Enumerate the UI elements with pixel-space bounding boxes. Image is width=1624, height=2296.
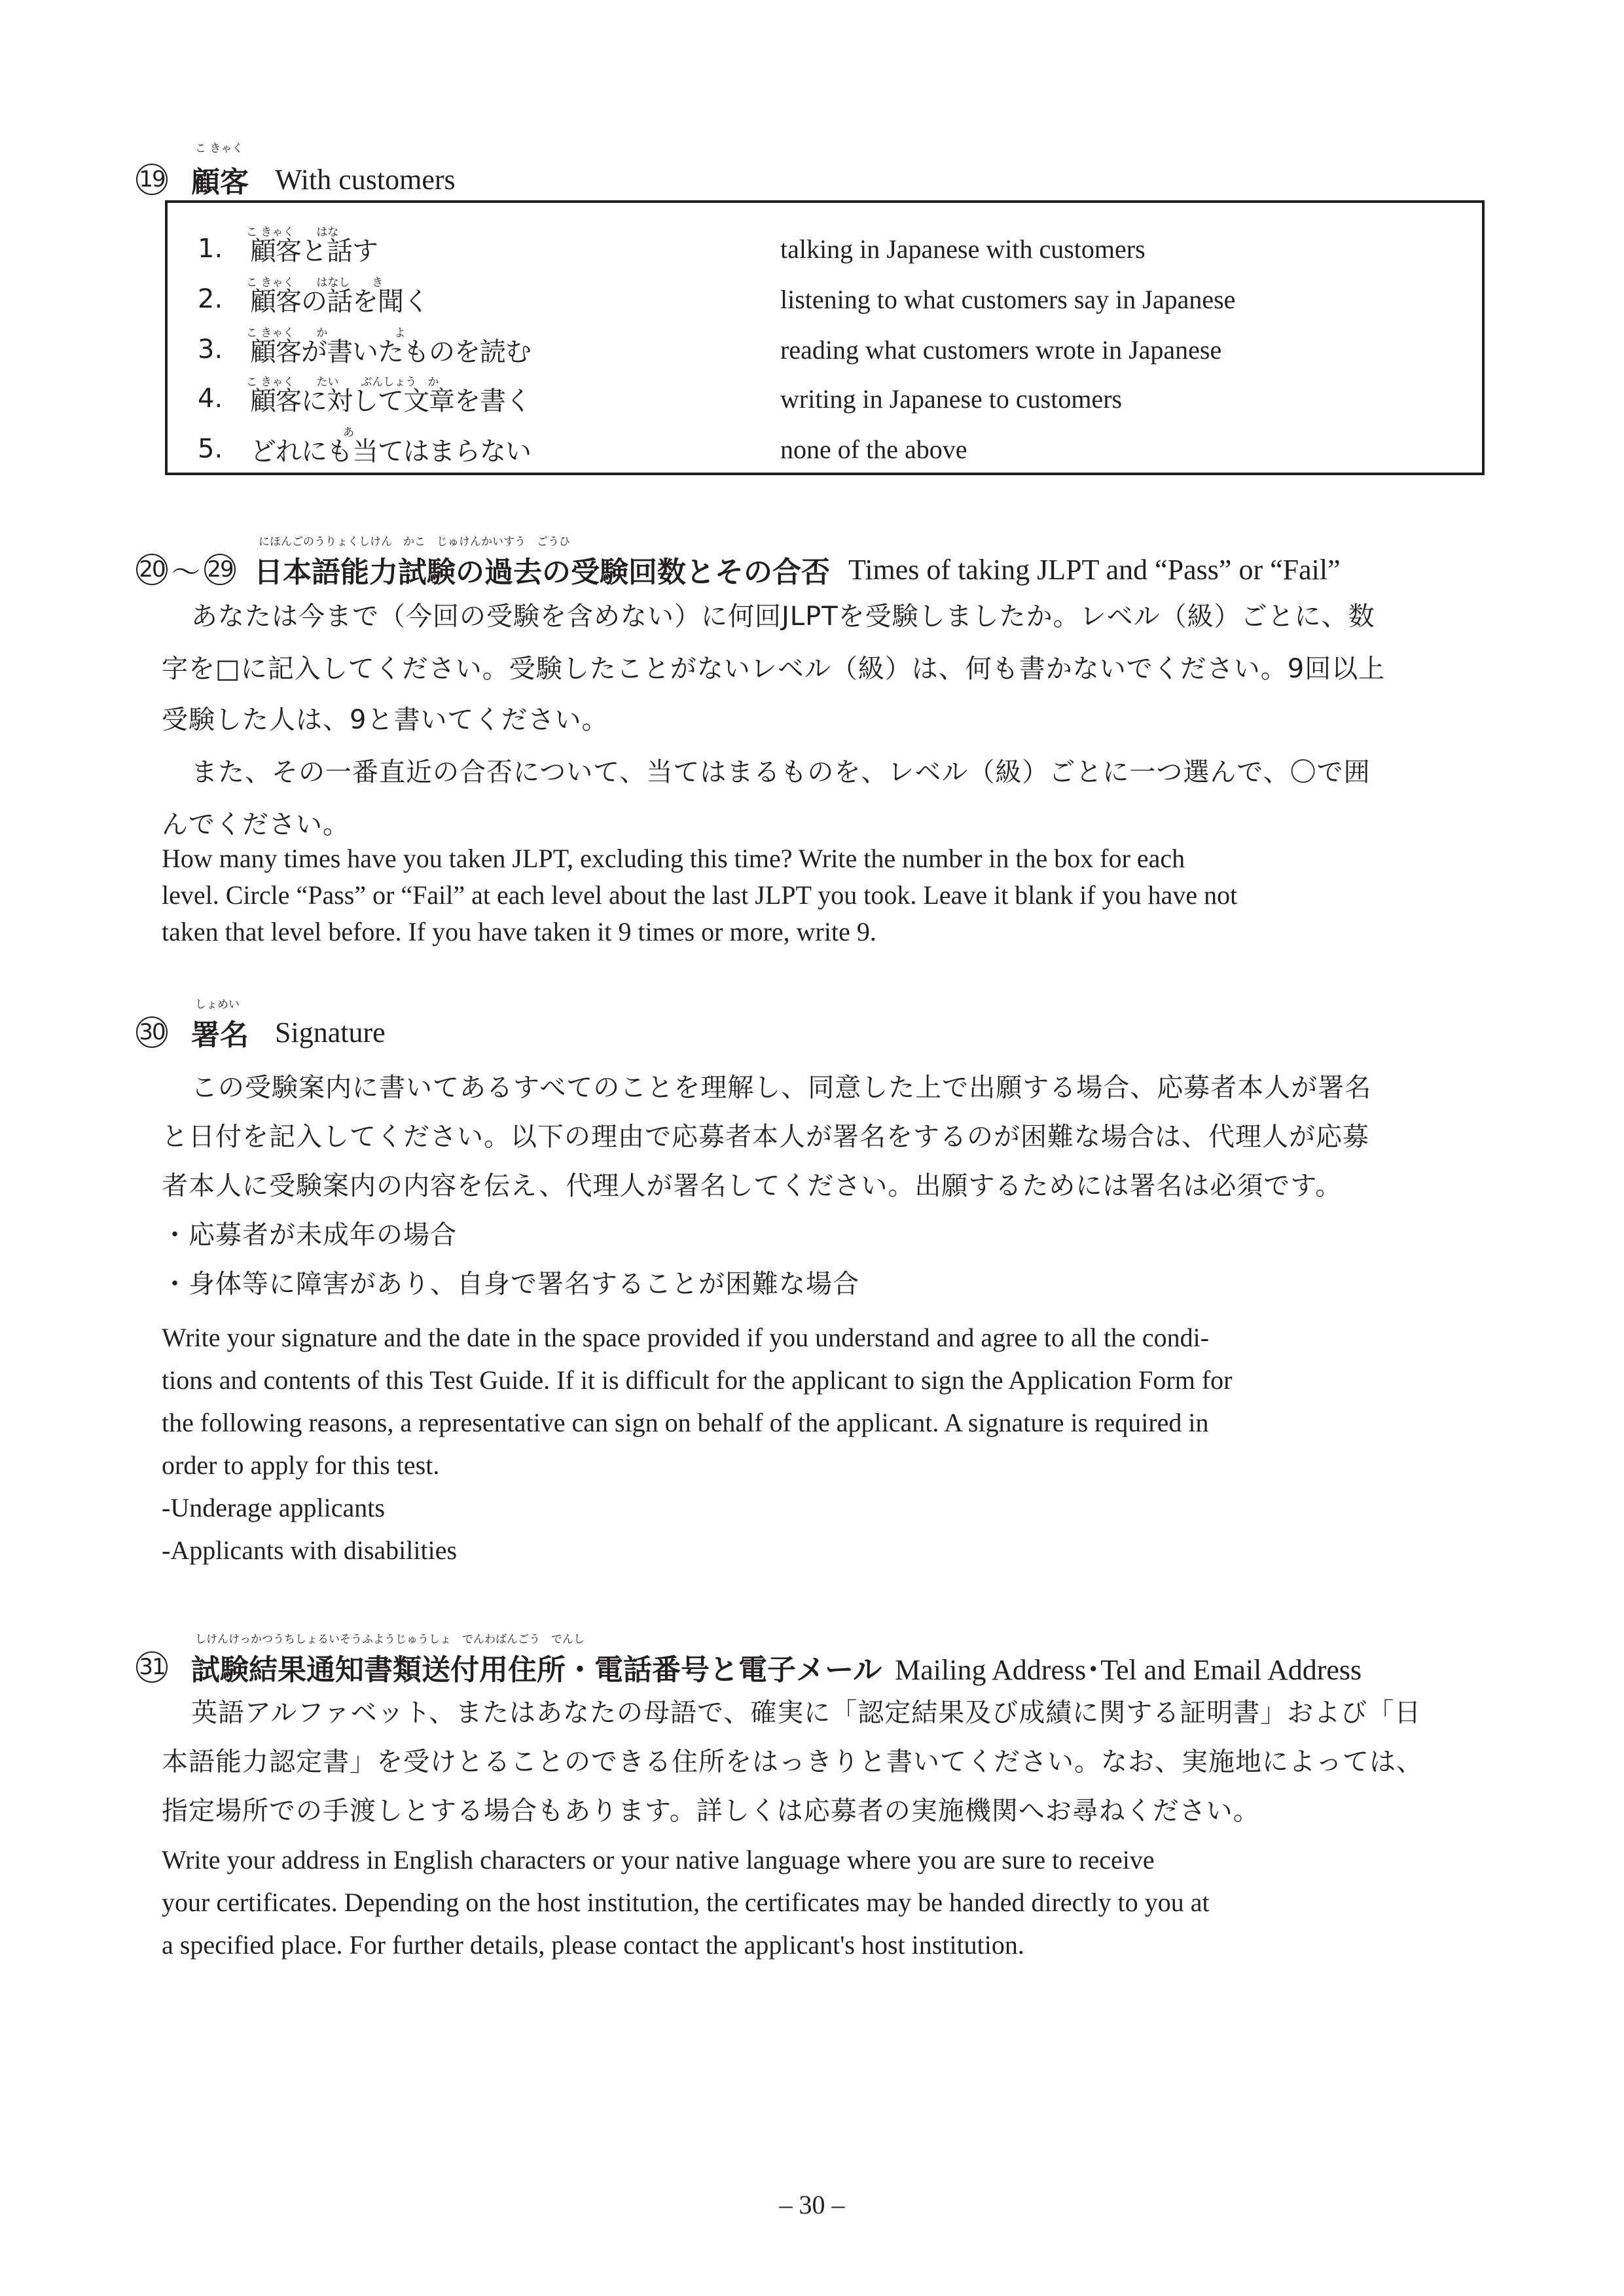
section-19-title-en: With customers <box>275 163 456 196</box>
section-31-title-en: Mailing Address･Tel and Email Address <box>895 1646 1362 1688</box>
signature-en-line-1: Write your signature and the date in the… <box>162 1322 1490 1353</box>
signature-en-line-3: the following reasons, a representative … <box>162 1407 1490 1438</box>
section-19-title-ruby: こ きゃく <box>195 139 243 155</box>
option-en: listening to what customers say in Japan… <box>780 284 1235 315</box>
section-30-title-en: Signature <box>275 1016 386 1049</box>
option-number: 4. <box>198 384 250 414</box>
option-en: reading what customers wrote in Japanese <box>780 334 1221 365</box>
jlpt-jp-line-2: 字を□に記入してください。受験したことがないレベル（級）は、何も書かないでくださ… <box>162 648 1490 685</box>
section-20-29-title-en: Times of taking JLPT and “Pass” or “Fail… <box>848 553 1341 586</box>
section-29-number: 29 <box>204 554 236 585</box>
address-en-line-1: Write your address in English characters… <box>162 1844 1490 1875</box>
address-jp-line-2: 本語能力認定書」を受けとることのできる住所をはっきりと書いてください。なお、実施… <box>162 1741 1490 1778</box>
option-jp: どれにも当てはまらない <box>250 431 780 468</box>
option-en: talking in Japanese with customers <box>780 234 1146 264</box>
address-en-line-3: a specified place. For further details, … <box>162 1929 1490 1960</box>
section-30-title-ruby: しょめい <box>195 995 240 1011</box>
option-number: 2. <box>198 284 250 314</box>
signature-jp-line-3: 者本人に受験案内の内容を伝え、代理人が署名してください。出願するためには署名は必… <box>162 1165 1490 1202</box>
signature-en-line-4: order to apply for this test. <box>162 1450 1490 1480</box>
signature-bullet-underage-jp: ・応募者が未成年の場合 <box>162 1214 1490 1251</box>
section-19-heading: 19 顧客 With customers <box>136 158 456 200</box>
signature-jp-line-2: と日付を記入してください。以下の理由で応募者本人が署名をするのが困難な場合は、代… <box>162 1116 1490 1153</box>
section-31-title-ruby: しけんけっかつうちしょるいそうふようじゅうしょ でんわばんごう でんし <box>195 1630 585 1646</box>
section-19-number: 19 <box>136 164 168 195</box>
jlpt-en-line-1: How many times have you taken JLPT, excl… <box>162 843 1490 874</box>
signature-en-line-2: tions and contents of this Test Guide. I… <box>162 1365 1490 1395</box>
option-number: 3. <box>198 334 250 365</box>
section-19-title-jp: 顧客 <box>191 158 249 200</box>
section-30-title-jp: 署名 <box>191 1011 249 1053</box>
range-tilde: 〜 <box>171 548 200 590</box>
signature-bullet-disability-en: -Applicants with disabilities <box>162 1535 1490 1566</box>
section-20-29-title-ruby: にほんごのうりょくしけん かこ じゅけんかいすう ごうひ <box>259 532 570 548</box>
address-jp-line-1: 英語アルファベット、またはあなたの母語で、確実に「認定結果及び成績に関する証明書… <box>191 1692 1520 1729</box>
section-31-title-jp: 試験結果通知書類送付用住所・電話番号と電子メール <box>191 1646 882 1688</box>
section-20-29-heading: 20 〜 29 日本語能力試験の過去の受験回数とその合否 Times of ta… <box>136 548 1341 590</box>
address-jp-line-3: 指定場所での手渡しとする場合もあります。詳しくは応募者の実施機関へお尋ねください… <box>162 1790 1490 1827</box>
option-en: none of the above <box>780 434 967 465</box>
option-row-5: 5. どれにも当てはまらない none of the above <box>198 429 1474 469</box>
option-row-4: 4. 顧客に対して文章を書く writing in Japanese to cu… <box>198 379 1474 418</box>
signature-bullet-disability-jp: ・身体等に障害があり、自身で署名することが困難な場合 <box>162 1263 1490 1300</box>
section-20-29-title-jp: 日本語能力試験の過去の受験回数とその合否 <box>254 548 830 590</box>
jlpt-jp-line-5: んでください。 <box>162 804 1490 841</box>
jlpt-jp-line-3: 受験した人は、9と書いてください。 <box>162 699 1490 736</box>
section-30-heading: 30 署名 Signature <box>136 1011 386 1053</box>
jlpt-en-line-3: taken that level before. If you have tak… <box>162 916 1490 947</box>
page-number: – 30 – <box>0 2189 1624 2220</box>
option-row-2: 2. 顧客の話を聞く listening to what customers s… <box>198 279 1474 319</box>
option-jp: 顧客に対して文章を書く <box>250 380 780 418</box>
option-number: 5. <box>198 434 250 464</box>
signature-jp-line-1: この受験案内に書いてあるすべてのことを理解し、同意した上で出願する場合、応募者本… <box>191 1067 1520 1104</box>
section-20-number: 20 <box>136 554 168 585</box>
option-en: writing in Japanese to customers <box>780 384 1122 414</box>
section-31-number: 31 <box>136 1651 168 1683</box>
address-en-line-2: your certificates. Depending on the host… <box>162 1887 1490 1918</box>
signature-bullet-underage-en: -Underage applicants <box>162 1492 1490 1523</box>
jlpt-jp-line-1: あなたは今まで（今回の受験を含めない）に何回JLPTを受験しましたか。レベル（級… <box>191 596 1520 633</box>
jlpt-en-line-2: level. Circle “Pass” or “Fail” at each l… <box>162 880 1490 910</box>
option-jp: 顧客と話す <box>250 230 780 268</box>
option-row-1: 1. 顧客と話す talking in Japanese with custom… <box>198 229 1474 268</box>
section-31-heading: 31 試験結果通知書類送付用住所・電話番号と電子メール Mailing Addr… <box>136 1646 1362 1688</box>
option-number: 1. <box>198 234 250 264</box>
jlpt-jp-line-4: また、その一番直近の合否について、当てはまるものを、レベル（級）ごとに一つ選んで… <box>191 751 1520 789</box>
option-jp: 顧客の話を聞く <box>250 281 780 318</box>
customer-options-box: こ きゃく はな 1. 顧客と話す talking in Japanese wi… <box>165 200 1485 475</box>
option-row-3: 3. 顧客が書いたものを読む reading what customers wr… <box>198 330 1474 369</box>
option-jp: 顧客が書いたものを読む <box>250 331 780 368</box>
section-30-number: 30 <box>136 1016 168 1048</box>
